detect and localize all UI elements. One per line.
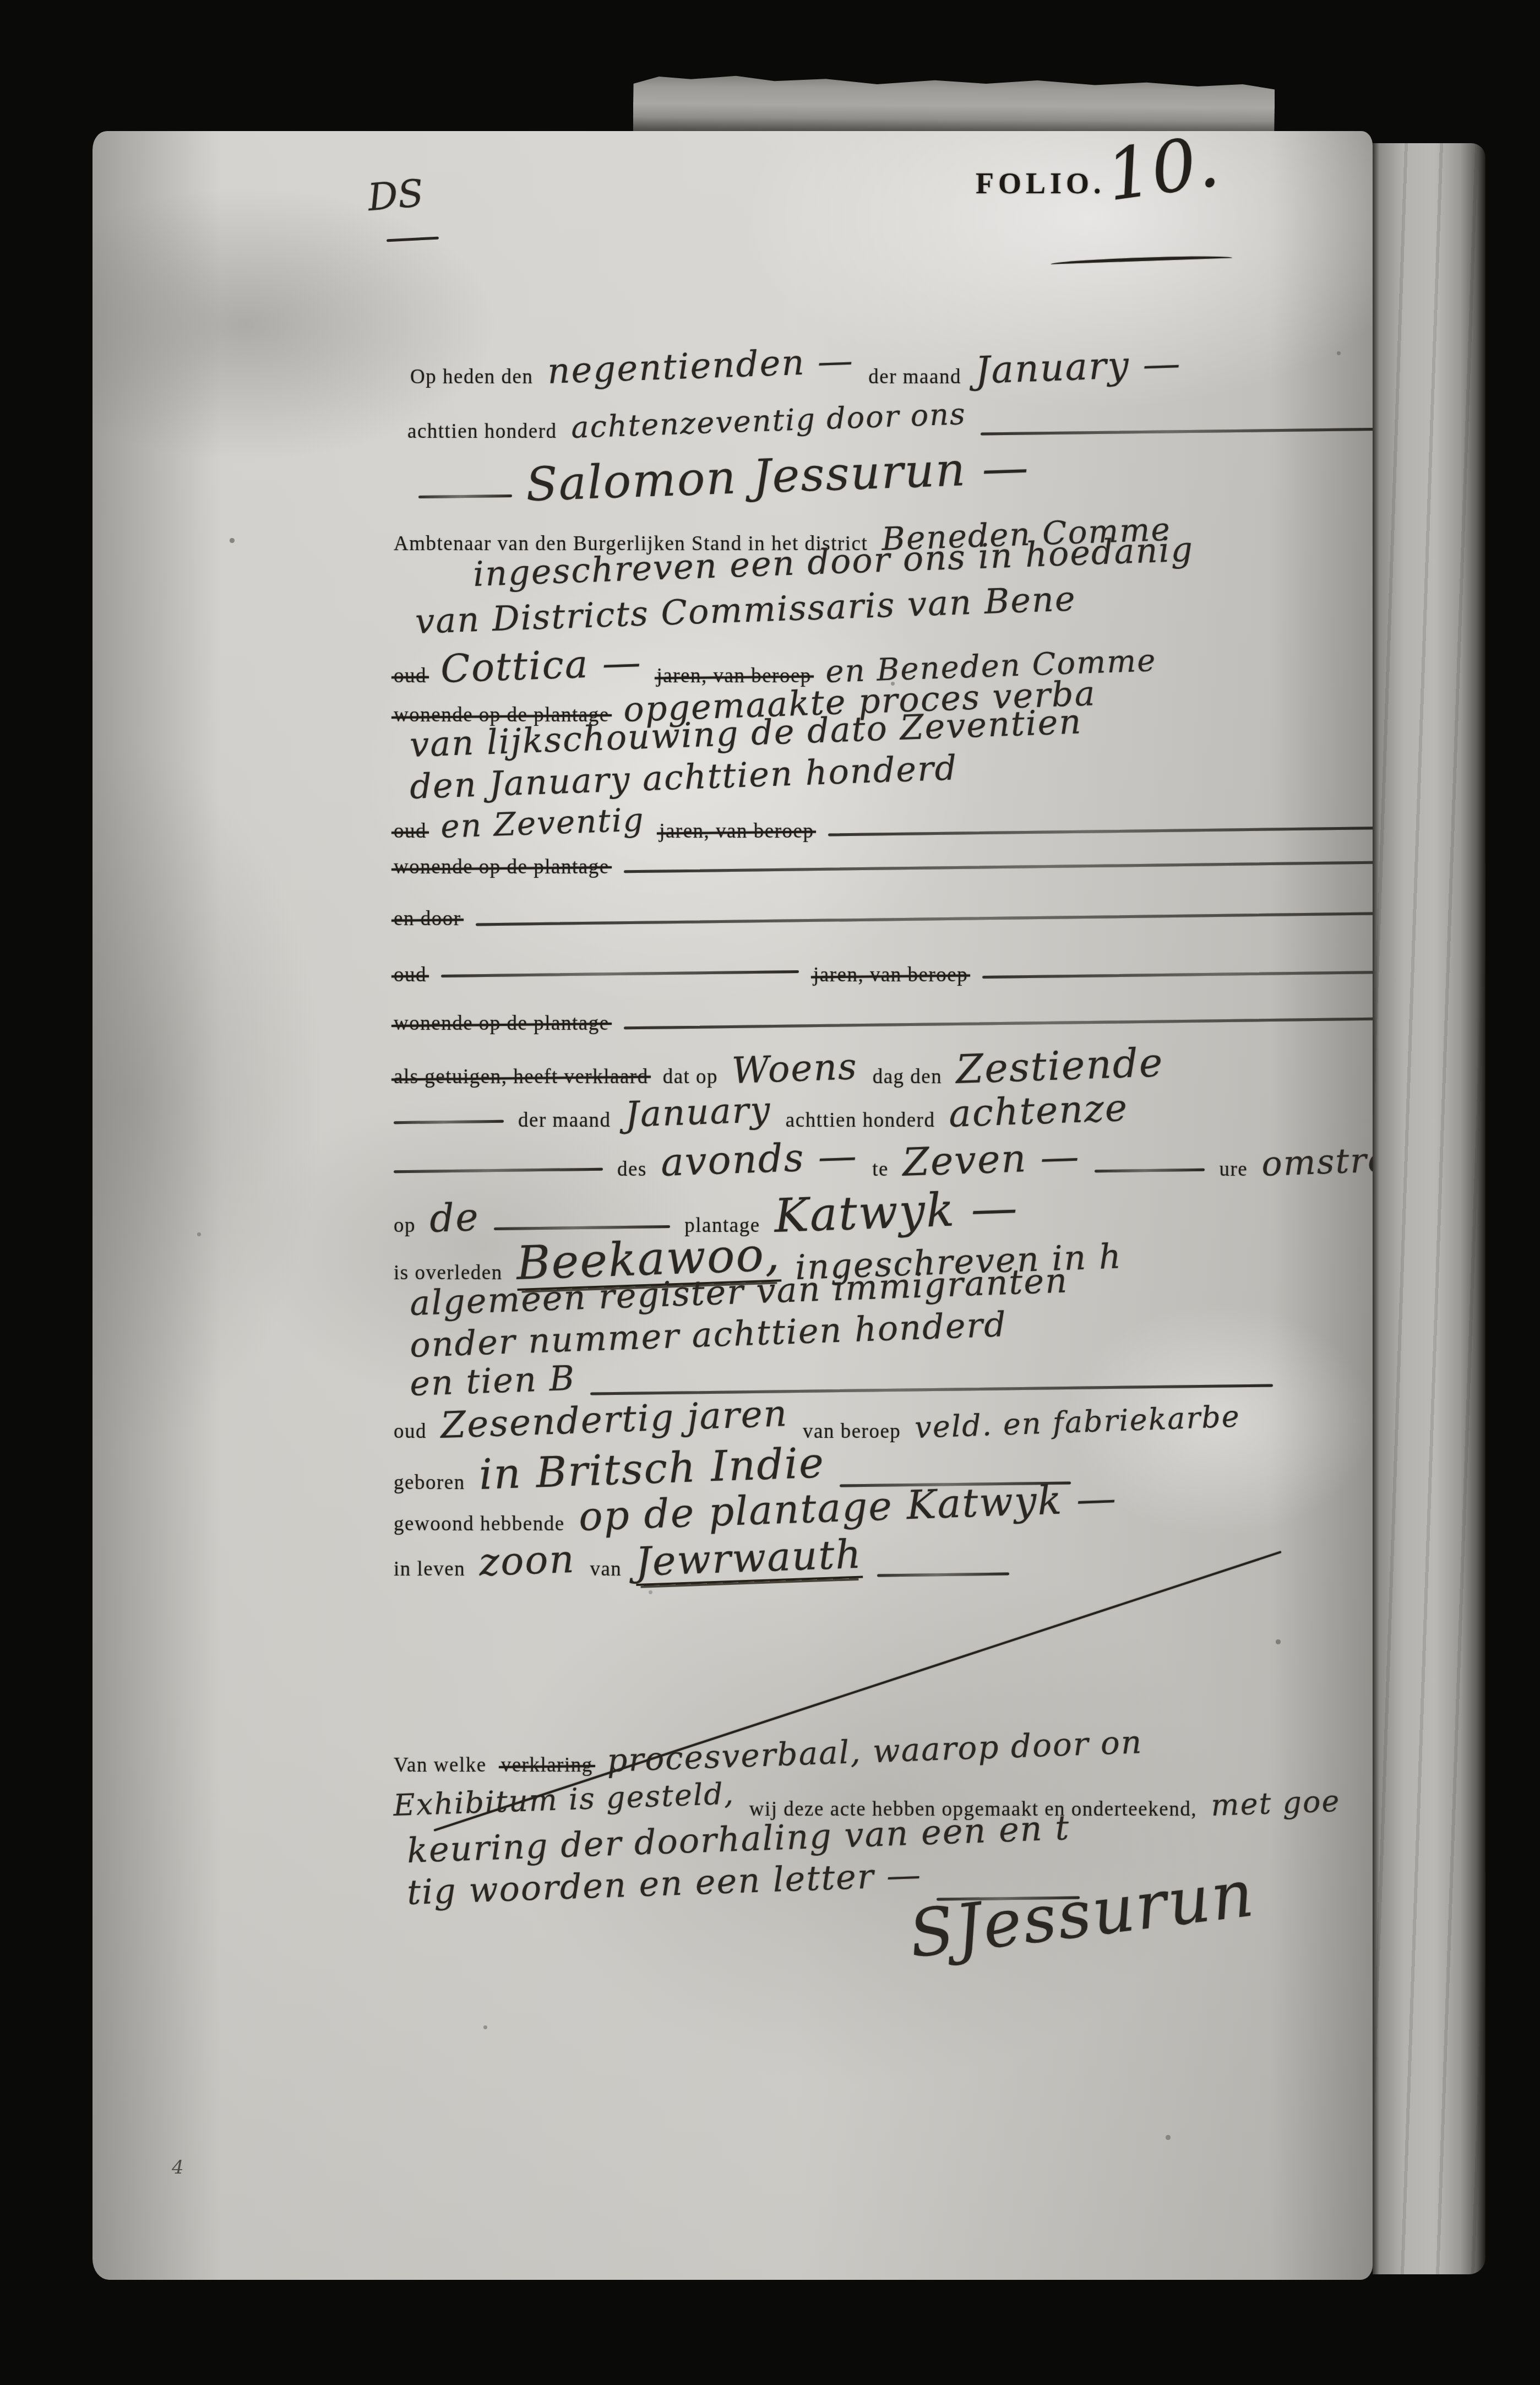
- struck-printed-text: oud: [394, 965, 427, 985]
- ink-rule: [1095, 1169, 1205, 1172]
- struck-printed-text: en door: [394, 909, 461, 929]
- printed-text: der maand: [868, 367, 961, 387]
- handwritten-text: achtenzeventig door ons: [570, 399, 966, 443]
- handwritten-text: avonds —: [660, 1137, 858, 1182]
- folio-underline-flourish: [1051, 254, 1232, 264]
- clerk-initials-mark: DS: [366, 172, 426, 220]
- act-line-23: en tien B: [410, 1367, 1273, 1401]
- ink-layer: DS FOLIO. 10. Op heden dennegentienden —…: [92, 131, 1373, 2280]
- ink-rule: [624, 859, 1373, 873]
- printed-text: geboren: [394, 1473, 465, 1493]
- act-line-28: Van welkeverklaringprocesverbaal, waarop…: [394, 1745, 1143, 1776]
- handwritten-text: Katwyk —: [773, 1185, 1019, 1239]
- ink-rule: [877, 1573, 1009, 1577]
- act-line-17: der maandJanuaryachttien honderdachtenze: [394, 1096, 1129, 1133]
- act-line-26: gewoond hebbendeop de plantage Katwyk —: [394, 1497, 1118, 1536]
- act-line-6: van Districts Commissaris van Bene: [416, 605, 1077, 639]
- printed-text: oud: [394, 1421, 427, 1442]
- ink-rule: [590, 1384, 1273, 1395]
- struck-printed-text: wonende op de plantage: [394, 1013, 610, 1034]
- handwritten-text: procesverbaal, waarop door on: [606, 1726, 1143, 1776]
- ink-rule: [394, 1168, 603, 1174]
- printed-text: achttien honderd: [786, 1110, 935, 1131]
- act-line-2: achttien honderdachtenzeventig door ons: [407, 413, 1373, 443]
- printed-text: op: [394, 1215, 416, 1236]
- act-line-14: oudjaren, van beroep: [394, 965, 1373, 985]
- scanned-document-photo: DS FOLIO. 10. Op heden dennegentienden —…: [0, 0, 1540, 2385]
- handwritten-text: Salomon Jessurun —: [525, 444, 1030, 508]
- act-line-12: wonende op de plantage: [394, 857, 1373, 877]
- struck-printed-text: jaren, van beroep: [659, 821, 814, 841]
- ink-rule: [982, 969, 1373, 979]
- handwritten-text: Zestiende: [955, 1042, 1164, 1089]
- act-line-11: ouden Zeventigjaren, van beroep: [394, 811, 1373, 843]
- ink-rule: [494, 1225, 670, 1230]
- handwritten-text: veld. en fabriekarbe: [915, 1401, 1241, 1443]
- handwritten-text: January —: [975, 345, 1182, 390]
- handwritten-text: met goe: [1210, 1786, 1341, 1821]
- ink-rule: [476, 910, 1373, 926]
- struck-printed-text: verklaring: [501, 1755, 593, 1775]
- handwritten-text: Woens: [731, 1048, 858, 1089]
- registrar-signature: SJessurun: [905, 1855, 1259, 1973]
- ink-rule: [624, 1015, 1373, 1030]
- act-line-3: Salomon Jessurun —: [418, 461, 1030, 508]
- struck-printed-text: als getuigen, heeft verklaard: [394, 1067, 649, 1087]
- printed-text: achttien honderd: [407, 421, 557, 442]
- ink-rule: [441, 970, 799, 977]
- printed-text: der maand: [518, 1110, 611, 1131]
- ink-rule: [394, 1120, 504, 1124]
- struck-printed-text: oud: [394, 666, 427, 686]
- closing-diagonal-stroke: [433, 1551, 1281, 1832]
- printed-text: dat op: [663, 1067, 718, 1087]
- ink-rule: [981, 427, 1373, 435]
- book-page-edges: [633, 73, 1275, 139]
- printed-text: ure: [1219, 1159, 1248, 1180]
- printed-text: dag den: [873, 1067, 943, 1087]
- ink-rule: [828, 827, 1373, 836]
- act-line-13: en door: [394, 909, 1373, 929]
- act-line-22: onder nummer achttien honderd: [410, 1328, 1008, 1362]
- printed-text: van: [590, 1559, 622, 1579]
- handwritten-text: en Zeventig: [440, 803, 645, 843]
- printed-text: te: [872, 1159, 889, 1180]
- act-line-18: desavonds —teZeven —ureomstree: [394, 1143, 1373, 1182]
- ink-rule: [418, 495, 512, 498]
- handwritten-text: Exhibitum is gesteld,: [393, 1779, 734, 1821]
- printed-text: Van welke: [394, 1755, 487, 1775]
- struck-printed-text: oud: [394, 821, 427, 841]
- handwritten-text: zoon: [478, 1540, 576, 1582]
- act-line-10: den January achttien honderd: [410, 770, 959, 804]
- folio-number: 10.: [1102, 131, 1224, 217]
- handwritten-text: Jewrwauth: [635, 1534, 863, 1586]
- handwritten-text: de: [429, 1198, 480, 1238]
- act-line-27: in levenzoonvanJewrwauth: [394, 1542, 1009, 1586]
- handwritten-text: en tien B: [409, 1361, 576, 1401]
- act-line-15: wonende op de plantage: [394, 1013, 1373, 1034]
- struck-printed-text: wonende op de plantage: [394, 857, 610, 877]
- printed-text: gewoond hebbende: [394, 1514, 565, 1534]
- register-page: DS FOLIO. 10. Op heden dennegentienden —…: [92, 131, 1373, 2280]
- act-line-1: Op heden dennegentienden —der maandJanua…: [410, 352, 1182, 390]
- struck-printed-text: jaren, van beroep: [657, 666, 812, 686]
- printed-text: Op heden den: [410, 367, 534, 387]
- clerk-initials-underline: [387, 237, 439, 242]
- handwritten-text: negentienden —: [547, 344, 855, 389]
- printed-text: in leven: [394, 1559, 465, 1579]
- handwritten-text: January: [624, 1093, 771, 1133]
- handwritten-text: Cottica —: [440, 643, 643, 688]
- folio-label: FOLIO.: [976, 166, 1106, 200]
- facing-page-edge: [1373, 143, 1485, 2274]
- handwritten-text: omstree: [1261, 1142, 1373, 1181]
- act-line-16: als getuigen, heeft verklaarddat opWoens…: [394, 1050, 1164, 1089]
- handwritten-text: achtenze: [948, 1090, 1129, 1133]
- handwritten-text: Zeven —: [902, 1137, 1081, 1182]
- struck-printed-text: jaren, van beroep: [813, 965, 968, 985]
- margin-mark: 4: [172, 2156, 184, 2178]
- handwritten-text: Zesendertig jaren: [440, 1395, 788, 1444]
- printed-text: des: [617, 1159, 647, 1180]
